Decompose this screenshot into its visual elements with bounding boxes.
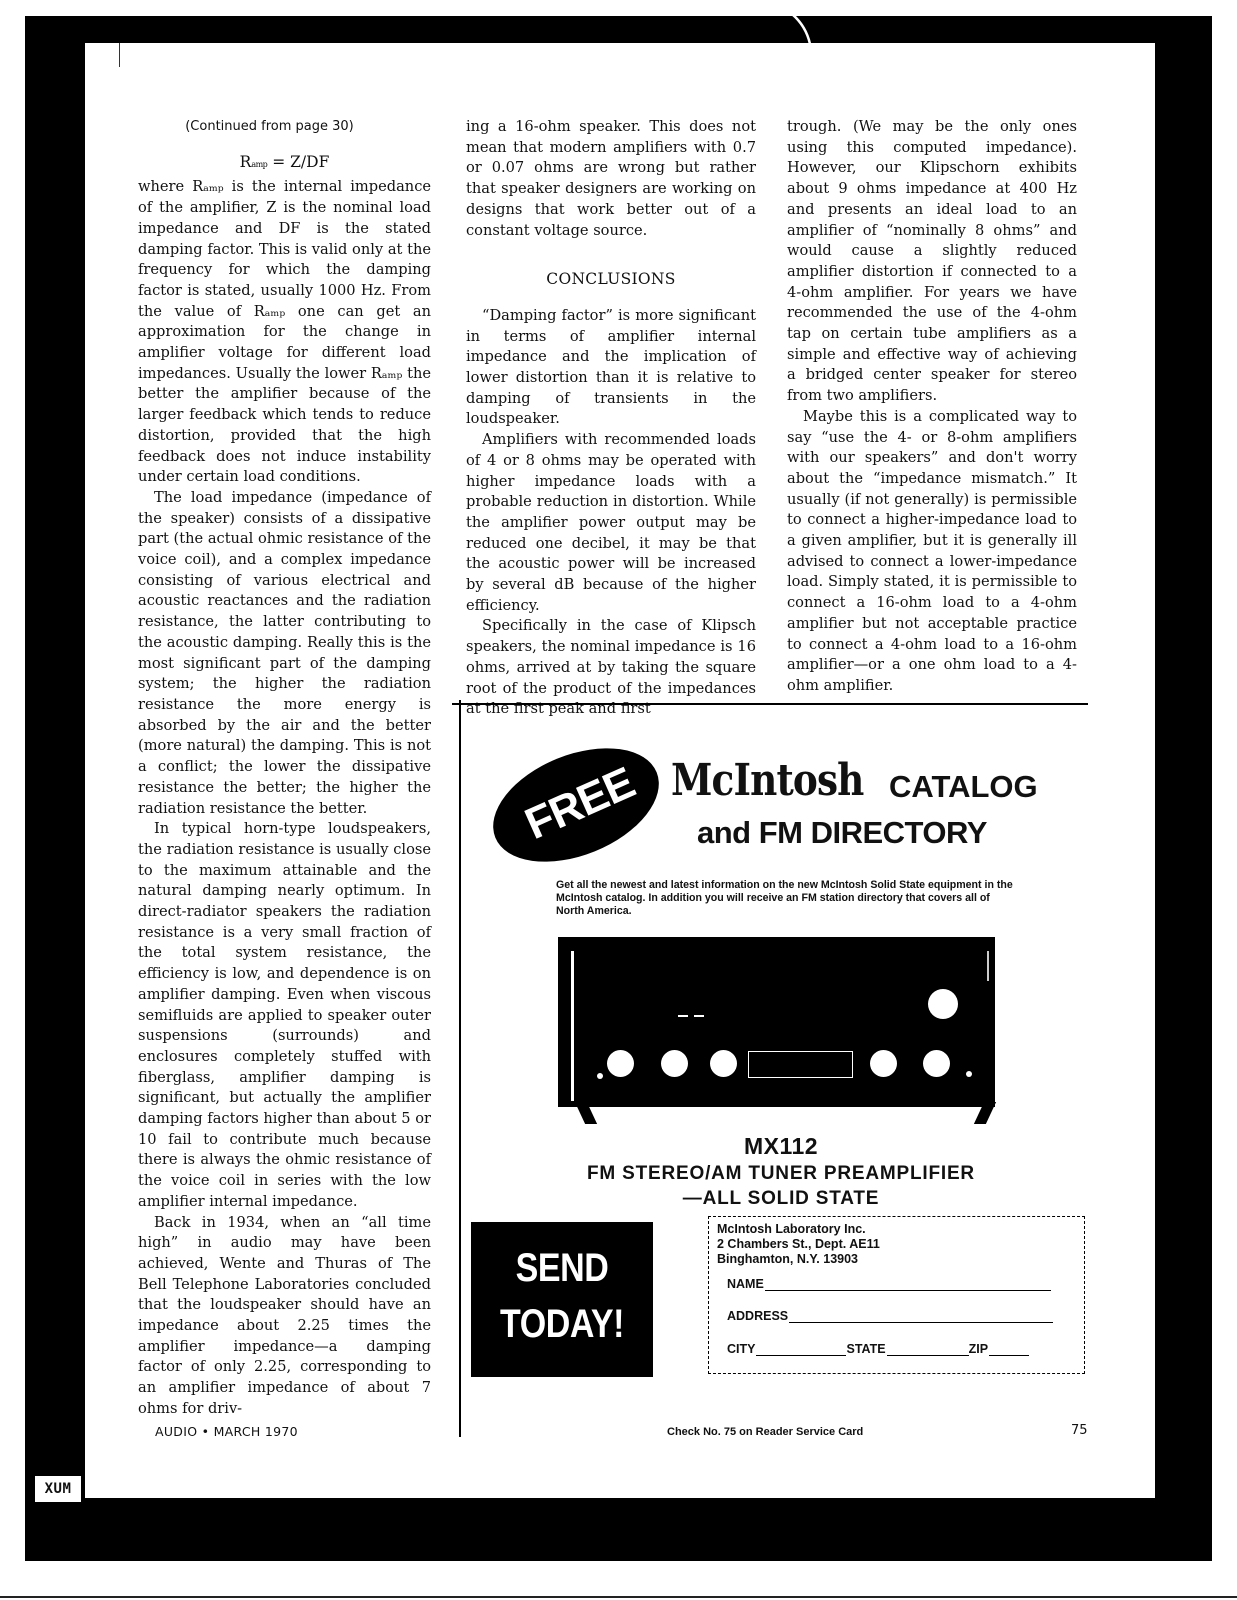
control-knob-icon <box>607 1050 634 1077</box>
article-column-3: trough. (We may be the only ones using t… <box>787 117 1077 697</box>
paragraph: where Rₐₘₚ is the internal impedance of … <box>138 177 431 488</box>
field-label: NAME <box>727 1277 764 1291</box>
scan-artifact-mark <box>790 14 820 46</box>
scan-bottom-rule <box>0 1596 1237 1598</box>
mcintosh-advertisement: FREE McIntosh CATALOG and FM DIRECTORY G… <box>461 705 1101 1435</box>
paragraph: “Damping factor” is more significant in … <box>466 306 756 430</box>
control-knob-icon <box>710 1050 737 1077</box>
panel-marker <box>678 1015 688 1017</box>
field-label: ADDRESS <box>727 1309 788 1323</box>
paragraph: Amplifiers with recommended loads of 4 o… <box>466 430 756 616</box>
page-number: 75 <box>1071 1423 1088 1438</box>
chassis-edge <box>987 951 989 981</box>
article-column-1: (Continued from page 30) Ramp = Z/DF whe… <box>138 117 431 1420</box>
control-knob-icon <box>661 1050 688 1077</box>
cta-line: SEND <box>485 1240 640 1296</box>
publication-footer: AUDIO • MARCH 1970 <box>155 1424 298 1439</box>
product-model: MX112 <box>461 1133 1101 1160</box>
field-line[interactable] <box>765 1278 1051 1291</box>
paragraph: Maybe this is a complicated way to say “… <box>787 407 1077 697</box>
archive-label: XUM <box>35 1476 81 1502</box>
control-knob-icon <box>870 1050 897 1077</box>
ad-headline: CATALOG <box>889 769 1038 805</box>
cta-line: TODAY! <box>485 1296 640 1352</box>
indicator-light-icon <box>966 1071 972 1077</box>
tuning-dial-window <box>748 1051 853 1078</box>
ad-blurb: Get all the newest and latest informatio… <box>556 879 1016 918</box>
panel-marker <box>694 1015 704 1017</box>
state-line[interactable] <box>887 1343 969 1356</box>
company-name: McIntosh Laboratory Inc. <box>717 1222 880 1237</box>
paragraph: ing a 16-ohm speaker. This does not mean… <box>466 117 756 241</box>
section-heading: CONCLUSIONS <box>466 269 756 290</box>
street-address: 2 Chambers St., Dept. AE11 <box>717 1237 880 1252</box>
field-line[interactable] <box>789 1310 1053 1323</box>
field-label: STATE <box>846 1342 885 1356</box>
field-label: ZIP <box>969 1342 988 1356</box>
scan-artifact-line <box>119 43 120 67</box>
mail-coupon[interactable]: McIntosh Laboratory Inc. 2 Chambers St.,… <box>708 1216 1085 1374</box>
product-description-2: —ALL SOLID STATE <box>461 1188 1101 1210</box>
article-column-2: ing a 16-ohm speaker. This does not mean… <box>466 117 756 720</box>
paragraph: Back in 1934, when an “all time high” in… <box>138 1213 431 1420</box>
indicator-light-icon <box>597 1073 603 1079</box>
product-description: FM STEREO/AM TUNER PREAMPLIFIER <box>461 1163 1101 1185</box>
mailing-address: McIntosh Laboratory Inc. 2 Chambers St.,… <box>717 1222 880 1267</box>
continued-note: (Continued from page 30) <box>108 117 431 138</box>
send-today-box: SEND TODAY! <box>471 1222 653 1377</box>
tuner-chassis <box>558 937 995 1107</box>
ad-subheadline: and FM DIRECTORY <box>697 815 987 851</box>
name-field[interactable]: NAME <box>727 1277 1051 1291</box>
field-label: CITY <box>727 1342 755 1356</box>
city-address: Binghamton, N.Y. 13903 <box>717 1252 880 1267</box>
address-field[interactable]: ADDRESS <box>727 1309 1053 1323</box>
city-state-zip-field[interactable]: CITY STATE ZIP <box>727 1342 1029 1356</box>
city-line[interactable] <box>756 1343 846 1356</box>
brand-logo: McIntosh <box>671 755 864 806</box>
zip-line[interactable] <box>989 1343 1029 1356</box>
paragraph: The load impedance (impedance of the spe… <box>138 488 431 819</box>
paragraph: In typical horn-type loudspeakers, the r… <box>138 819 431 1212</box>
chassis-edge <box>571 951 574 1101</box>
paragraph: trough. (We may be the only ones using t… <box>787 117 1077 407</box>
control-knob-icon <box>923 1050 950 1077</box>
tuning-knob-icon <box>928 989 958 1019</box>
product-photo <box>558 937 995 1123</box>
reader-service-note: Check No. 75 on Reader Service Card <box>667 1426 863 1438</box>
formula: Ramp = Z/DF <box>138 152 431 176</box>
